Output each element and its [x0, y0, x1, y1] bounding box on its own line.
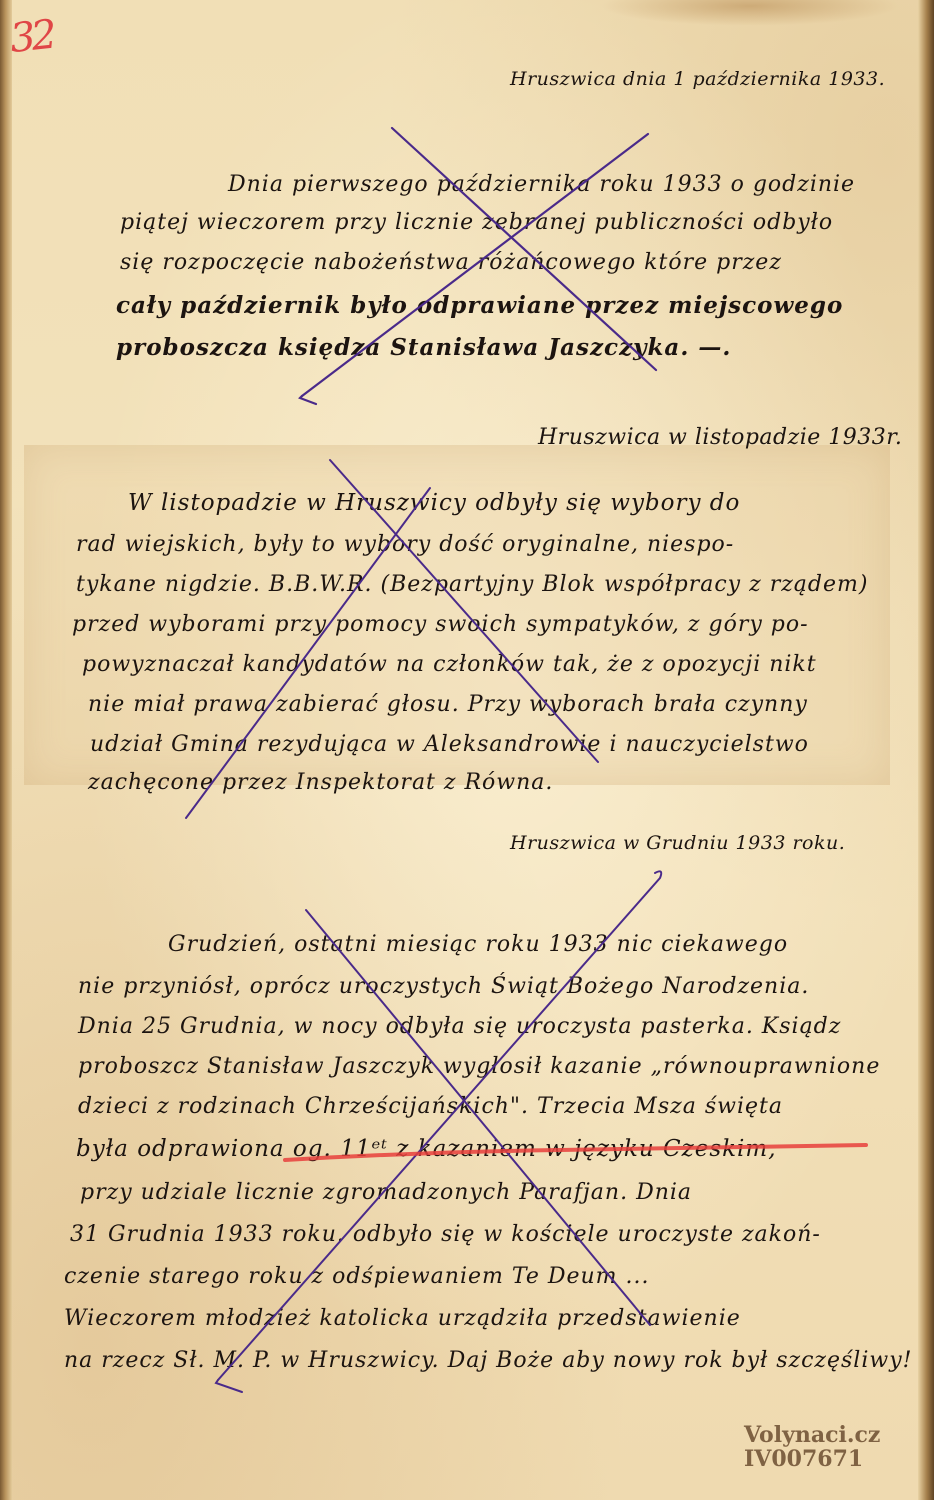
text-line: Grudzień, ostatni miesiąc roku 1933 nic … [168, 932, 788, 957]
text-line: Dnia pierwszego października roku 1933 o… [228, 172, 855, 197]
text-line: czenie starego roku z odśpiewaniem Te De… [64, 1264, 650, 1289]
text-line: przed wyborami przy pomocy swoich sympat… [72, 612, 809, 637]
text-line: proboszcza księdza Stanisława Jaszczyka.… [116, 334, 731, 361]
watermark: Volynaci.cz IV007671 [744, 1423, 880, 1471]
text-line: dzieci z rodzinach Chrześcijańskich". Tr… [78, 1094, 783, 1119]
text-line: nie przyniósł, oprócz uroczystych Świąt … [78, 974, 809, 999]
text-line: powyznaczał kandydatów na członków tak, … [82, 652, 817, 677]
text-line: cały październik było odprawiane przez m… [116, 292, 843, 319]
text-line: na rzecz Sł. M. P. w Hruszwicy. Daj Boże… [64, 1348, 912, 1373]
text-line: 31 Grudnia 1933 roku. odbyło się w kości… [70, 1222, 821, 1247]
text-line: W listopadzie w Hruszwicy odbyły się wyb… [128, 490, 740, 516]
text-line: się rozpoczęcie nabożeństwa różańcowego … [120, 250, 782, 275]
text-line: Wieczorem młodzież katolicka urządziła p… [64, 1306, 741, 1331]
watermark-site: Volynaci.cz [744, 1423, 880, 1447]
text-line-underlined: była odprawiona og. 11ᵉᵗ z kazaniem w ję… [76, 1136, 777, 1162]
page-number: 32 [8, 12, 55, 62]
page-right-edge [918, 0, 934, 1500]
text-line: zachęcone przez Inspektorat z Równa. [88, 770, 553, 795]
text-line: Dnia 25 Grudnia, w nocy odbyła się urocz… [78, 1014, 841, 1039]
text-line: nie miał prawa zabierać głosu. Przy wybo… [88, 692, 808, 717]
text-line: rad wiejskich, były to wybory dość orygi… [76, 532, 734, 557]
dateline-october: Hruszwica dnia 1 października 1933. [510, 68, 885, 90]
text-line: piątej wieczorem przy licznie zebranej p… [120, 210, 833, 235]
text-line: proboszcz Stanisław Jaszczyk wygłosił ka… [78, 1054, 880, 1079]
dateline-december: Hruszwica w Grudniu 1933 roku. [510, 832, 845, 854]
paper-stain [600, 0, 900, 26]
page-binding-edge [0, 0, 12, 1500]
dateline-november: Hruszwica w listopadzie 1933r. [538, 425, 902, 450]
text-line: przy udziale licznie zgromadzonych Paraf… [80, 1180, 692, 1205]
watermark-id: IV007671 [744, 1447, 880, 1471]
text-line: udział Gmina rezydująca w Aleksandrowie … [90, 732, 809, 757]
text-line: tykane nigdzie. B.B.W.R. (Bezpartyjny Bl… [76, 572, 868, 597]
scanned-document-page: 32 Hruszwica dnia 1 października 1933. D… [0, 0, 934, 1500]
